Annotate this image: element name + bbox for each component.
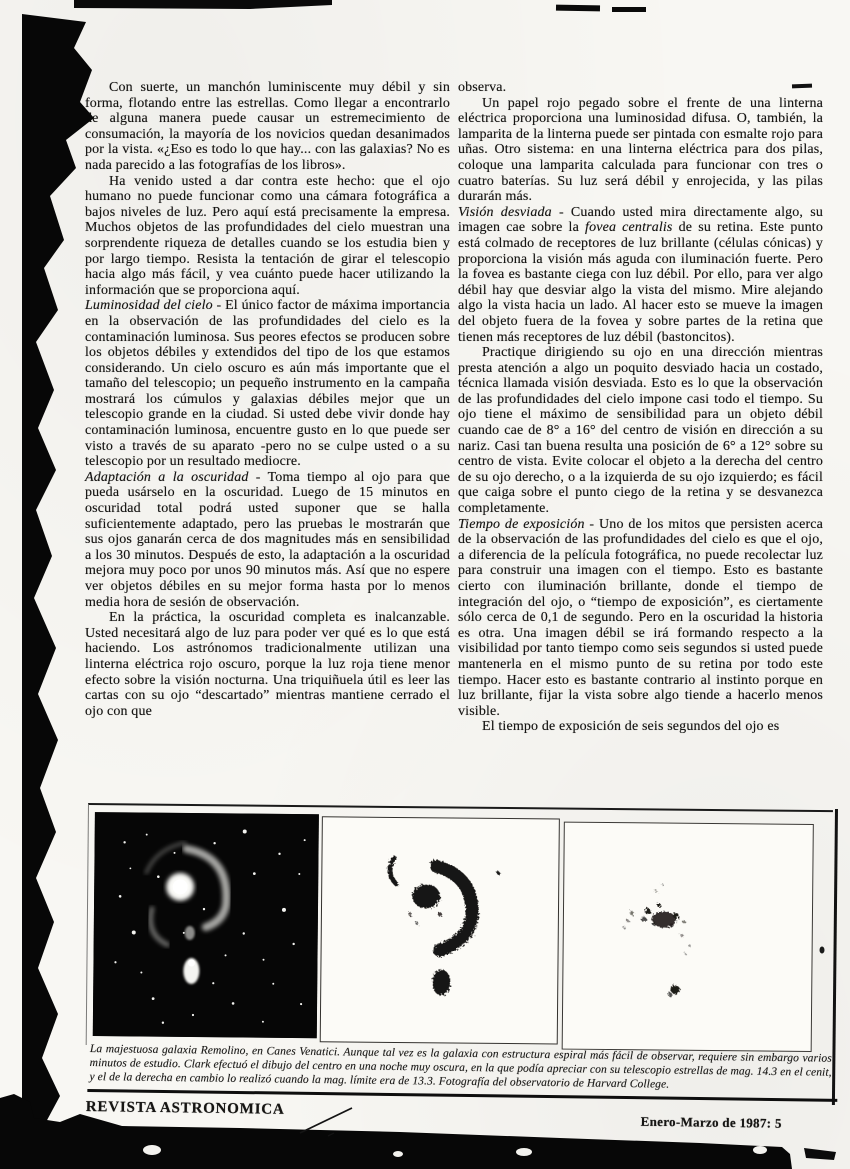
figure-caption: La majestuosa galaxia Remolino, en Canes…: [87, 1041, 838, 1102]
paragraph-text: - El único factor de máxima importancia …: [85, 298, 450, 469]
left-column: Con suerte, un manchón luminiscente muy …: [85, 80, 450, 735]
scan-artifact-top-bar: [74, 0, 332, 9]
paragraph-text: - Toma tiempo al ojo para que pueda usár…: [85, 470, 450, 610]
right-column: observa. Un papel rojo pegado sobre el f…: [458, 80, 823, 735]
paragraph: El tiempo de exposición de seis segundos…: [458, 719, 823, 735]
paragraph: En la práctica, la oscuridad completa es…: [85, 610, 450, 719]
section-run-in-heading: Adaptación a la oscuridad: [85, 470, 249, 485]
paragraph-text: Con suerte, un manchón luminiscente muy …: [85, 80, 450, 173]
paragraph: Ha venido usted a dar contra este hecho:…: [85, 174, 450, 299]
paragraph-text: - Uno de los mitos que persisten acerca …: [458, 517, 823, 719]
galaxy-sketch-dark-night-graphic: [321, 817, 559, 1043]
scan-artifact-corner-dash: [804, 1148, 836, 1160]
article-body: Con suerte, un manchón luminiscente muy …: [85, 80, 823, 735]
issue-date-page: Enero-Marzo de 1987: 5: [641, 1114, 782, 1132]
galaxy-sketch-bright-night: [562, 822, 814, 1052]
scan-artifact-top-dash2: [612, 7, 646, 12]
paragraph-text: El tiempo de exposición de seis segundos…: [482, 719, 779, 734]
paragraph-text: observa.: [458, 80, 506, 95]
scan-artifact-top-dash1: [556, 5, 600, 12]
scanned-magazine-page: Con suerte, un manchón luminiscente muy …: [0, 0, 850, 1169]
scan-speck: [516, 1148, 532, 1156]
galaxy-photo-graphic: [93, 812, 319, 1038]
scan-artifact-left-edge-strip: [22, 14, 94, 1130]
galaxy-sketch-dark-night: [320, 816, 560, 1044]
page-footer: REVISTA ASTRONOMICA Enero-Marzo de 1987:…: [86, 1097, 828, 1137]
section-run-in-heading: Tiempo de exposición: [458, 517, 585, 532]
paragraph: Con suerte, un manchón luminiscente muy …: [85, 80, 450, 174]
paragraph-text: Practique dirigiendo su ojo en una direc…: [458, 345, 823, 516]
paragraph-text: Ha venido usted a dar contra este hecho:…: [85, 174, 450, 298]
paragraph-tiempo-de-exposicion: Tiempo de exposición - Uno de los mitos …: [458, 517, 823, 720]
paragraph: Practique dirigiendo su ojo en una direc…: [458, 345, 823, 517]
paragraph-text: En la práctica, la oscuridad completa es…: [85, 610, 450, 719]
paragraph-vision-desviada: Visión desviada - Cuando usted mira dire…: [458, 205, 823, 345]
scan-speck: [753, 1146, 767, 1154]
section-run-in-heading: Luminosidad del cielo: [85, 298, 213, 313]
scan-speck: [393, 1151, 403, 1157]
latin-term: fovea centralis: [585, 220, 673, 235]
scan-speck: [143, 1145, 161, 1155]
galaxy-sketch-bright-night-graphic: [563, 823, 813, 1051]
paragraph-luminosidad-del-cielo: Luminosidad del cielo - El único factor …: [85, 298, 450, 470]
paragraph: Un papel rojo pegado sobre el frente de …: [458, 96, 823, 205]
paragraph-text: de su retina. Este punto está colmado de…: [458, 220, 823, 344]
whirlpool-galaxy-photograph: [93, 812, 319, 1038]
galaxy-figure: [86, 803, 833, 1052]
paragraph-text: Un papel rojo pegado sobre el frente de …: [458, 96, 823, 205]
section-run-in-heading: Visión desviada: [458, 205, 552, 220]
journal-title: REVISTA ASTRONOMICA: [86, 1099, 285, 1119]
paragraph-adaptacion-a-la-oscuridad: Adaptación a la oscuridad - Toma tiempo …: [85, 470, 450, 610]
scan-artifact-scratch-tick: [328, 1133, 334, 1136]
paragraph: observa.: [458, 80, 823, 96]
